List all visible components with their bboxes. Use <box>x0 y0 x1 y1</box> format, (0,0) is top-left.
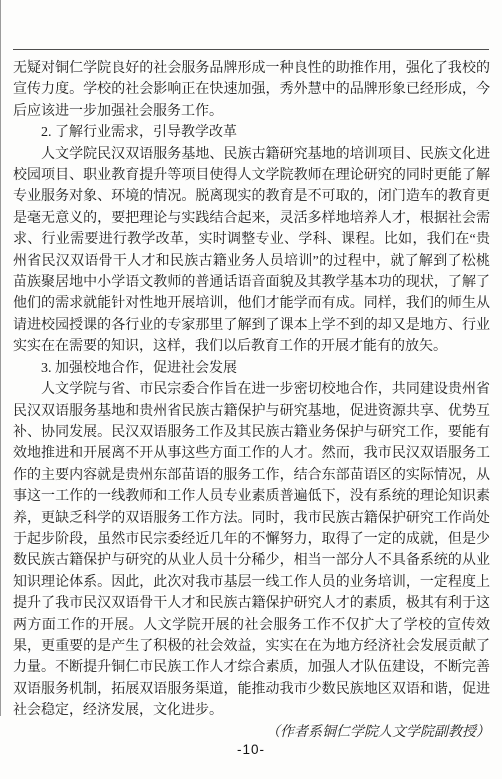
article-paragraph-continuation: 无疑对铜仁学院良好的社会服务品牌形成一种良性的助推作用，强化了我校的宣传力度。学… <box>13 58 490 122</box>
section-paragraph-3: 人文学院与省、市民宗委合作旨在进一步密切校地合作，共同建设贵州省民汉双语服务基地… <box>13 379 490 722</box>
section-paragraph-2: 人文学院民汉双语服务基地、民族古籍研究基地的培训项目、民族文化进校园项目、职业教… <box>13 144 490 358</box>
section-heading-2: 2. 了解行业需求，引导教学改革 <box>13 122 490 143</box>
section-heading-3: 3. 加强校地合作，促进社会发展 <box>13 358 490 379</box>
document-page: 无疑对铜仁学院良好的社会服务品牌形成一种良性的助推作用，强化了我校的宣传力度。学… <box>0 0 502 779</box>
article-body: 无疑对铜仁学院良好的社会服务品牌形成一种良性的助推作用，强化了我校的宣传力度。学… <box>13 58 490 743</box>
page-header-rule <box>13 49 489 50</box>
scan-edge-artifact <box>0 0 1 716</box>
page-number: -10- <box>0 742 502 757</box>
author-attribution: （作者系铜仁学院人文学院副教授） <box>13 722 490 743</box>
